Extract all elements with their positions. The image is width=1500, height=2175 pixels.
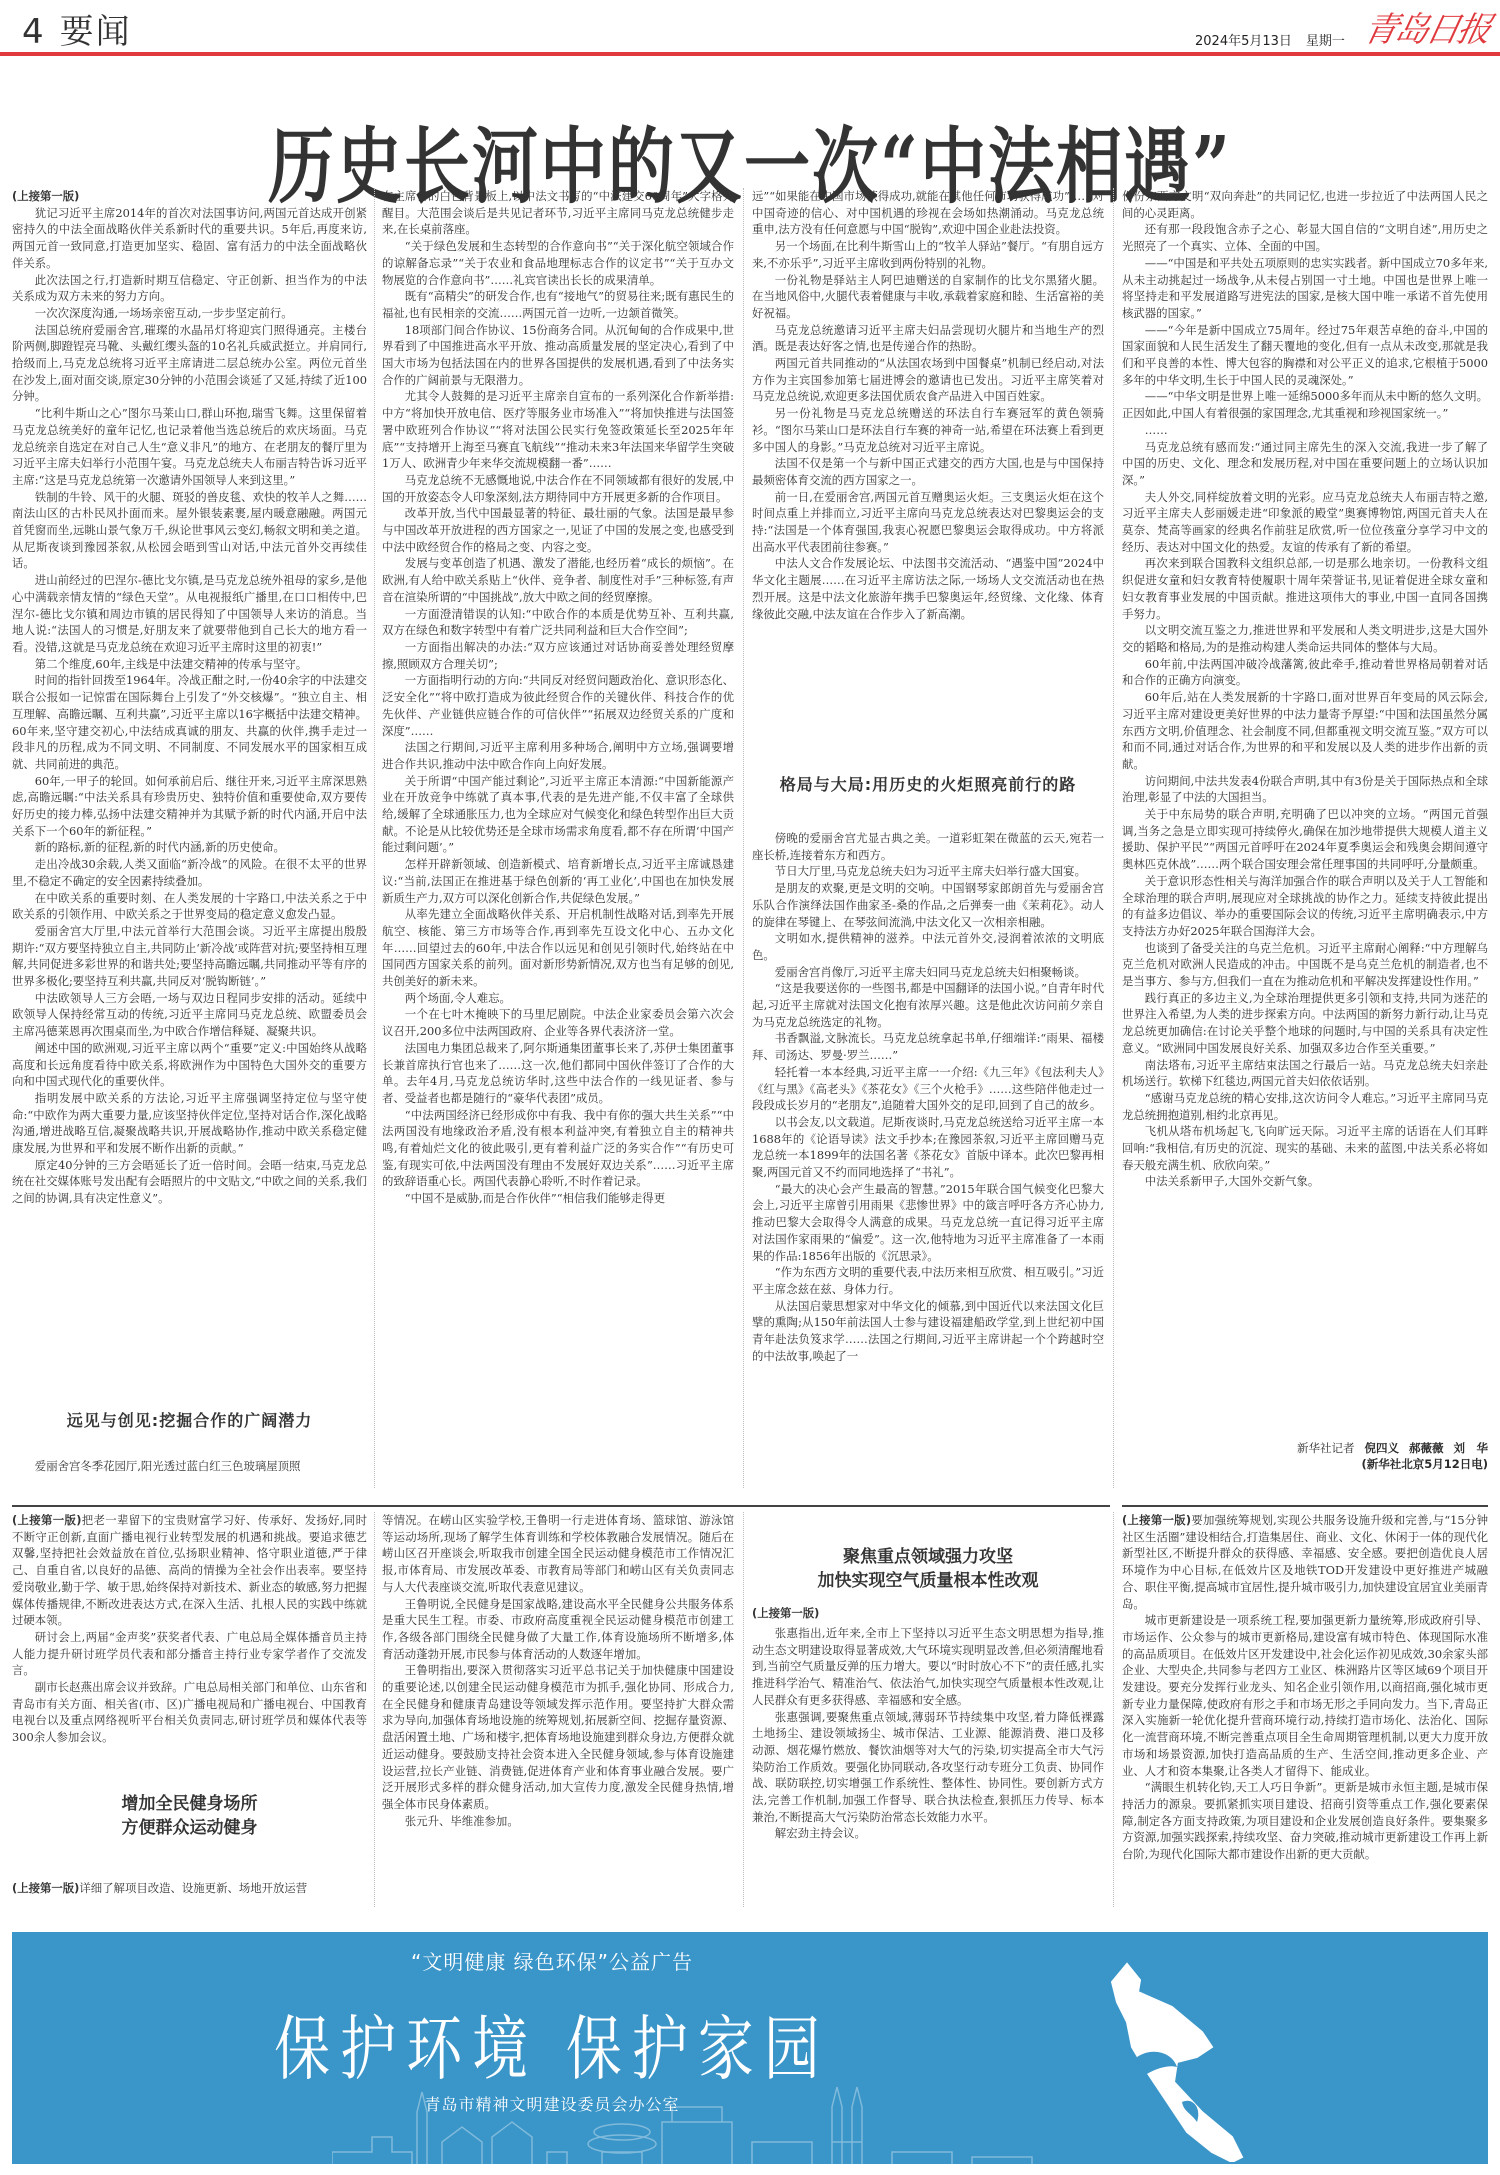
section-divider <box>1122 1505 1488 1507</box>
reporter-name: 刘 华 <box>1454 1441 1489 1455</box>
continued-label: (上接第一版) <box>752 1605 1104 1622</box>
paragraph: 两个场面,令人难忘。 <box>382 990 734 1007</box>
column-divider <box>1113 1512 1114 1907</box>
column-divider <box>743 1512 744 1907</box>
paragraph: 马克龙总统邀请习近平主席夫妇品尝现切火腿片和当地生产的烈酒。既是表达好客之情,也… <box>752 322 1104 355</box>
paragraph: 傍晚的爱丽舍宫尤显古典之美。一道彩虹架在微蓝的云天,宛若一座长桥,连接着东方和西… <box>752 830 1104 863</box>
continued-label: (上接第一版) <box>12 188 367 205</box>
paragraph: …… <box>1122 422 1488 439</box>
paragraph: 从率先建立全面战略伙伴关系、开启机制性战略对话,到率先开展航空、核能、第三方市场… <box>382 906 734 990</box>
paragraph: 在中欧关系的重要时刻、在人类发展的十字路口,中法关系之于中欧关系的引领作用、中欧… <box>12 890 367 923</box>
paragraph: “关于绿色发展和生态转型的合作意向书”“关于深化航空领域合作的谅解备忘录”“关于… <box>382 238 734 288</box>
paragraph: 60年后,站在人类发展新的十字路口,面对世界百年变局的风云际会,习近平主席对建设… <box>1122 689 1488 773</box>
masthead-divider <box>0 52 1500 56</box>
newspaper-logo: 青岛日报 <box>1360 2 1494 51</box>
paragraph: 第二个维度,60年,主线是中法建交精神的传承与坚守。 <box>12 656 367 673</box>
column-divider <box>1113 188 1114 1488</box>
section-subhead: 远见与创见:挖掘合作的广阔潜力 <box>12 1408 367 1431</box>
headline-line: 增加全民健身场所 <box>12 1792 367 1816</box>
article-column-3: 远”“如果能在中国市场获得成功,就能在其他任何市场获得成功”……对中国奇迹的信心… <box>752 188 1104 758</box>
air-quality-lead: (上接第一版) <box>752 1605 1104 1625</box>
paragraph: 是朋友的欢聚,更是文明的交响。中国钢琴家郎朗首先与爱丽舍宫乐队合作演绎法国作曲家… <box>752 880 1104 930</box>
fitness-headline: 增加全民健身场所 方便群众运动健身 <box>12 1792 367 1840</box>
paragraph: 节日大厅里,马克龙总统夫妇为习近平主席夫妇举行盛大国宴。 <box>752 863 1104 880</box>
paragraph: 一份礼物是驿站主人阿巴迪赠送的自家制作的比戈尔黑猪火腿。在当地风俗中,火腿代表着… <box>752 272 1104 322</box>
paragraph: 副市长赵燕出席会议并致辞。广电总局相关部门和单位、山东省和青岛市有关方面、相关省… <box>12 1679 367 1746</box>
paragraph: 此次法国之行,打造新时期互信稳定、守正创新、担当作为的中法关系成为双方未来的努力… <box>12 272 367 305</box>
paragraph: 轻托着一本本经典,习近平主席一一介绍:《九三年》《包法利夫人》《红与黑》《高老头… <box>752 1064 1104 1114</box>
paragraph: 践行真正的多边主义,为全球治理提供更多引领和支持,共同为迷茫的世界注入希望,为人… <box>1122 990 1488 1057</box>
paragraph: 一方面指明行动的方向:“共同反对经贸问题政治化、意识形态化、泛安全化”“将中欧打… <box>382 672 734 739</box>
byline-prefix: 新华社记者 <box>1297 1441 1355 1455</box>
paragraph: 中法人文合作发展论坛、中法图书交流活动、“遇鉴中国”2024中华文化主题展……在… <box>752 555 1104 622</box>
paragraph: “中国不是威胁,而是合作伙伴”“相信我们能够走得更 <box>382 1190 734 1207</box>
paragraph: 另一份礼物是马克龙总统赠送的环法自行车赛冠军的黄色领骑衫。“图尔马莱山口是环法自… <box>752 405 1104 455</box>
paragraph: 进山前经过的巴涅尔-德比戈尔镇,是马克龙总统外祖母的家乡,是他心中满载亲情友情的… <box>12 572 367 656</box>
paragraph: 详细了解项目改造、设施更新、场地开放运营 <box>79 1881 307 1895</box>
paragraph: 要加强统筹规划,实现公共服务设施升级和完善,与“15分钟社区生活圈”建设相结合,… <box>1122 1513 1488 1611</box>
ad-title: 保护环境 保护家园 <box>12 1994 1092 2094</box>
paragraph: 张惠指出,近年来,全市上下坚持以习近平生态文明思想为指导,推动生态文明建设取得显… <box>752 1625 1104 1709</box>
paragraph: ——“中国是和平共处五项原则的忠实实践者。新中国成立70多年来,从未主动挑起过一… <box>1122 255 1488 322</box>
paragraph: “感谢马克龙总统的精心安排,这次访问令人难忘。”习近平主席同马克龙总统拥抱道别,… <box>1122 1090 1488 1123</box>
paragraph: 王鲁明指出,要深入贯彻落实习近平总书记关于加快健康中国建设的重要论述,以创建全民… <box>382 1662 734 1812</box>
paragraph: 在主席台的白色背景板上,以中法文书写的“中法建交60周年”大字格外醒目。大范围会… <box>382 188 734 238</box>
continued-label: (上接第一版) <box>12 1881 79 1895</box>
page-number-value: 4 <box>22 12 46 52</box>
paragraph: 另一个场面,在比利牛斯雪山上的“牧羊人驿站”餐厅。“有朋自远方来,不亦乐乎”,习… <box>752 238 1104 271</box>
paragraph: 60年,一甲子的轮回。如何承前启后、继往开来,习近平主席深思熟虑,高瞻远瞩:“中… <box>12 773 367 840</box>
paragraph: “作为东西方文明的重要代表,中法历来相互欣赏、相互吸引。”习近平主席念兹在兹、身… <box>752 1264 1104 1297</box>
paragraph: 爱丽舍宫冬季花园厅,阳光透过蓝白红三色玻璃屋顶照 <box>12 1458 367 1475</box>
paragraph: 指明发展中欧关系的方法论,习近平主席强调坚持定位与坚守使命:“中欧作为两大重要力… <box>12 1090 367 1157</box>
paragraph: 书香飘溢,文脉流长。马克龙总统拿起书单,仔细端详:“雨果、福楼拜、司汤达、罗曼·… <box>752 1030 1104 1063</box>
paragraph: 解宏劲主持会议。 <box>752 1825 1104 1842</box>
column-divider <box>743 188 744 1488</box>
paragraph: “最大的决心会产生最高的智慧。”2015年联合国气候变化巴黎大会上,习近平主席曾… <box>752 1181 1104 1265</box>
paragraph: 把老一辈留下的宝贵财富学习好、传承好、发扬好,同时不断守正创新,直面广播电视行业… <box>12 1513 367 1627</box>
headline-line: 方便群众运动健身 <box>12 1816 367 1840</box>
paragraph: 份份东西方文明“双向奔赴”的共同记忆,也进一步拉近了中法两国人民之间的心灵距离。 <box>1122 188 1488 221</box>
paragraph: 既有“高精尖”的研发合作,也有“接地气”的贸易往来;既有惠民生的福祉,也有民相亲… <box>382 288 734 321</box>
paragraph: 以文明交流互鉴之力,推进世界和平发展和人类文明进步,这是大国外交的韬略和格局,为… <box>1122 622 1488 655</box>
paragraph: 新的路标,新的征程,新的时代内涵,新的历史使命。 <box>12 839 367 856</box>
article-column-2: 在主席台的白色背景板上,以中法文书写的“中法建交60周年”大字格外醒目。大范围会… <box>382 188 734 1463</box>
paragraph: 再次来到联合国教科文组织总部,一切是那么地亲切。一份教科文组织促进女童和妇女教育… <box>1122 555 1488 622</box>
paragraph: 张惠强调,要聚焦重点领域,薄弱环节持续集中攻坚,着力降低裸露土地扬尘、建设领域扬… <box>752 1709 1104 1826</box>
air-quality-article: 张惠指出,近年来,全市上下坚持以习近平生态文明思想为指导,推动生态文明建设取得显… <box>752 1625 1104 1907</box>
byline: 新华社记者倪四义郝薇薇刘 华 <box>1122 1440 1488 1456</box>
paragraph: 城市更新建设是一项系统工程,要加强更新力量统筹,形成政府引导、市场运作、公众参与… <box>1122 1612 1488 1779</box>
paragraph: 一个在七叶木掩映下的马里尼剧院。中法企业家委员会第六次会议召开,200多位中法两… <box>382 1006 734 1039</box>
paragraph: 阐述中国的欧洲观,习近平主席以两个“重要”定义:中国始终从战略高度和长远角度看待… <box>12 1040 367 1090</box>
paragraph: 尤其令人鼓舞的是习近平主席亲自宣布的一系列深化合作新举措:中方“将加快开放电信、… <box>382 388 734 472</box>
qingdao-map-icon <box>1092 1962 1332 2162</box>
paragraph: 法国电力集团总裁来了,阿尔斯通集团董事长来了,苏伊士集团董事长兼首席执行官也来了… <box>382 1040 734 1107</box>
paragraph: 马克龙总统有感而发:“通过同主席先生的深入交流,我进一步了解了中国的历史、文化、… <box>1122 439 1488 489</box>
paragraph: 关于所谓“中国产能过剩论”,习近平主席正本清源:“中国新能源产业在开放竞争中练就… <box>382 773 734 857</box>
paragraph: 张元升、毕维准参加。 <box>382 1813 734 1830</box>
paragraph: 南法塔布,习近平主席结束法国之行最后一站。马克龙总统夫妇亲赴机场送行。软梯下红毯… <box>1122 1057 1488 1090</box>
paragraph: 前一日,在爱丽舍宫,两国元首互赠奥运火炬。三支奥运火炬在这个时间点重上并排而立,… <box>752 489 1104 556</box>
masthead: 4要闻 2024年5月13日星期一 青岛日报 <box>0 0 1500 56</box>
section-subhead: 格局与大局:用历史的火炬照亮前行的路 <box>752 772 1104 795</box>
paragraph: “这是我要送你的一些图书,都是中国翻译的法国小说。”自青年时代起,习近平主席就对… <box>752 980 1104 1030</box>
reporter-name: 郝薇薇 <box>1409 1441 1444 1455</box>
paragraph: 两国元首共同推动的“从法国农场到中国餐桌”机制已经启动,对法方作为主宾国参加第七… <box>752 355 1104 405</box>
paragraph: “比利牛斯山之心”图尔马莱山口,群山环抱,瑞雪飞舞。这里保留着马克龙总统美好的童… <box>12 405 367 489</box>
paragraph: 关于意识形态性相关与海洋加强合作的联合声明以及关于人工智能和全球治理的联合声明,… <box>1122 873 1488 940</box>
paragraph: 还有那一段段饱含赤子之心、彰显大国自信的“文明自述”,用历史之光照亮了一个真实、… <box>1122 221 1488 254</box>
broadcast-article: (上接第一版)把老一辈留下的宝贵财富学习好、传承好、发扬好,同时不断守正创新,直… <box>12 1512 367 1752</box>
fitness-article: 等情况。在崂山区实验学校,王鲁明一行走进体育场、篮球馆、游泳馆等运动场所,现场了… <box>382 1512 734 1907</box>
paragraph: 法国之行期间,习近平主席利用多种场合,阐明中方立场,强调要增进合作共识,推动中法… <box>382 739 734 772</box>
paragraph: 夫人外交,同样绽放着文明的光彩。应马克龙总统夫人布丽吉特之邀,习近平主席夫人彭丽… <box>1122 489 1488 556</box>
paragraph: 等情况。在崂山区实验学校,王鲁明一行走进体育场、篮球馆、游泳馆等运动场所,现场了… <box>382 1512 734 1596</box>
paragraph: 18项部门间合作协议、15份商务合同。从沉甸甸的合作成果中,世界看到了中国推进高… <box>382 322 734 389</box>
issue-date: 2024年5月13日星期一 <box>1195 30 1345 49</box>
paragraph: ——“中华文明是世界上唯一延绵5000多年而从未中断的悠久文明。正因如此,中国人… <box>1122 388 1488 421</box>
paragraph: 一次次深度沟通,一场场亲密互动,一步步坚定前行。 <box>12 305 367 322</box>
paragraph: 文明如水,提供精神的滋养。中法元首外交,浸润着浓浓的文明底色。 <box>752 930 1104 963</box>
ad-sponsor: 青岛市精神文明建设委员会办公室 <box>12 2092 1092 2115</box>
paragraph: 怎样开辟新领域、创造新模式、培育新增长点,习近平主席诚恳建议:“当前,法国正在推… <box>382 856 734 906</box>
article-column-4: 份份东西方文明“双向奔赴”的共同记忆,也进一步拉近了中法两国人民之间的心灵距离。… <box>1122 188 1488 1458</box>
paragraph: 原定40分钟的三方会晤延长了近一倍时间。会晤一结束,马克龙总统在社交媒体账号发出… <box>12 1157 367 1207</box>
headline-line: 加快实现空气质量根本性改观 <box>752 1569 1104 1593</box>
column-divider <box>374 188 375 1488</box>
paragraph: 铁制的牛铃、风干的火腿、斑驳的兽皮毯、欢快的牧羊人之舞……南法山区的古朴民风扑面… <box>12 489 367 573</box>
public-service-ad: “文明健康 绿色环保”公益广告 保护环境 保护家园 青岛市精神文明建设委员会办公… <box>12 1932 1488 2164</box>
continued-label: (上接第一版) <box>1122 1513 1191 1527</box>
paragraph: 改革开放,当代中国最显著的特征、最壮丽的气象。法国是最早参与中国改革开放进程的西… <box>382 505 734 555</box>
page-number: 4要闻 <box>22 4 132 53</box>
paragraph: 远”“如果能在中国市场获得成功,就能在其他任何市场获得成功”……对中国奇迹的信心… <box>752 188 1104 238</box>
paragraph: 研讨会上,两届“金声奖”获奖者代表、广电总局全媒体播音员主持人能力提升研讨班学员… <box>12 1629 367 1679</box>
ad-tagline: “文明健康 绿色环保”公益广告 <box>12 1946 1092 1975</box>
paragraph: 马克龙总统不无感慨地说,中法合作在不同领域都有很好的发展,中国的开放姿态令人印象… <box>382 472 734 505</box>
paragraph: 中法关系新甲子,大国外交新气象。 <box>1122 1173 1488 1190</box>
paragraph: 访问期间,中法共发表4份联合声明,其中有3份是关于国际热点和全球治理,彰显了中法… <box>1122 773 1488 806</box>
paragraph: 一方面澄清错误的认知:“中欧合作的本质是优势互补、互利共赢,双方在绿色和数字转型… <box>382 606 734 639</box>
paragraph: 60年前,中法两国冲破冷战藩篱,彼此牵手,推动着世界格局朝着对话和合作的正确方向… <box>1122 656 1488 689</box>
paragraph: 一方面指出解决的办法:“双方应该通过对话协商妥善处理经贸摩擦,照顾双方合理关切”… <box>382 639 734 672</box>
air-quality-headline: 聚焦重点领域强力攻坚 加快实现空气质量根本性改观 <box>752 1545 1104 1593</box>
paragraph: 从法国启蒙思想家对中华文化的倾慕,到中国近代以来法国文化巨擘的熏陶;从150年前… <box>752 1298 1104 1365</box>
paragraph: 中法欧领导人三方会晤,一场与双边日程同步安排的活动。延续中欧领导人保持经常互动的… <box>12 990 367 1040</box>
paragraph: 犹记习近平主席2014年的首次对法国事访问,两国元首达成开创紧密持久的中法全面战… <box>12 205 367 272</box>
paragraph: 也谈到了备受关注的乌克兰危机。习近平主席耐心阐释:“中方理解乌克兰危机对欧洲人民… <box>1122 940 1488 990</box>
paragraph: 飞机从塔布机场起飞,飞向旷远天际。习近平主席的话语在人们耳畔回响:“我相信,有历… <box>1122 1123 1488 1173</box>
paragraph: 时间的指针回拨至1964年。冷战正酣之时,一份40余字的中法建交联合公报如一记惊… <box>12 672 367 772</box>
column-divider <box>374 1512 375 1907</box>
paragraph: ——“今年是新中国成立75周年。经过75年艰苦卓绝的奋斗,中国的国家面貌和人民生… <box>1122 322 1488 389</box>
paragraph: 关于中东局势的联合声明,充明确了巴以冲突的立场。“两国元首强调,当务之急是立即实… <box>1122 806 1488 873</box>
article-column-1: (上接第一版) 犹记习近平主席2014年的首次对法国事访问,两国元首达成开创紧密… <box>12 188 367 1383</box>
urban-renewal-article: (上接第一版)要加强统筹规划,实现公共服务设施升级和完善,与“15分钟社区生活圈… <box>1122 1512 1488 1907</box>
paragraph: 走出冷战30余载,人类又面临“新冷战”的风险。在很不太平的世界里,不稳定不确定的… <box>12 856 367 889</box>
paragraph: 发展与变革创造了机遇、激发了潜能,也经历着“成长的烦恼”。在欧洲,有人给中欧关系… <box>382 555 734 605</box>
headline-line: 聚焦重点领域强力攻坚 <box>752 1545 1104 1569</box>
paragraph: 爱丽舍宫肖像厅,习近平主席夫妇同马克龙总统夫妇相聚畅谈。 <box>752 964 1104 981</box>
paragraph: “中法两国经济已经形成你中有我、我中有你的强大共生关系”“中法两国没有地缘政治矛… <box>382 1107 734 1191</box>
paragraph: 法国不仅是第一个与新中国正式建交的西方大国,也是与中国保持最频密体育交流的西方国… <box>752 455 1104 488</box>
fitness-article-lead: (上接第一版)详细了解项目改造、设施更新、场地开放运营 <box>12 1880 367 1900</box>
paragraph: 以书会友,以文载道。尼斯夜谈时,马克龙总统送给习近平主席一本1688年的《论语导… <box>752 1114 1104 1181</box>
paragraph: “满眼生机转化钧,天工人巧日争新”。更新是城市永恒主题,是城市保持活力的源泉。要… <box>1122 1779 1488 1863</box>
section-divider <box>12 1505 1110 1507</box>
paragraph: 法国总统府爱丽舍宫,璀璨的水晶吊灯将迎宾门照得通亮。主楼台阶两侧,脚蹬锃亮马靴、… <box>12 322 367 406</box>
date-text: 2024年5月13日 <box>1195 34 1292 49</box>
paragraph: 王鲁明说,全民健身是国家战略,建设高水平全民健身公共服务体系是重大民生工程。市委… <box>382 1596 734 1663</box>
continued-label: (上接第一版) <box>12 1513 81 1527</box>
reporter-name: 倪四义 <box>1365 1441 1400 1455</box>
weekday-text: 星期一 <box>1306 34 1345 49</box>
section-name: 要闻 <box>60 12 132 52</box>
dateline: (新华社北京5月12日电) <box>1122 1456 1488 1472</box>
paragraph: 爱丽舍宫大厅里,中法元首举行大范围会谈。习近平主席提出殷殷期许:“双方要坚持独立… <box>12 923 367 990</box>
article-column-3-continued: 傍晚的爱丽舍宫尤显古典之美。一道彩虹架在微蓝的云天,宛若一座长桥,连接着东方和西… <box>752 830 1104 1475</box>
article-column-1-continued: 爱丽舍宫冬季花园厅,阳光透过蓝白红三色玻璃屋顶照 <box>12 1458 367 1478</box>
